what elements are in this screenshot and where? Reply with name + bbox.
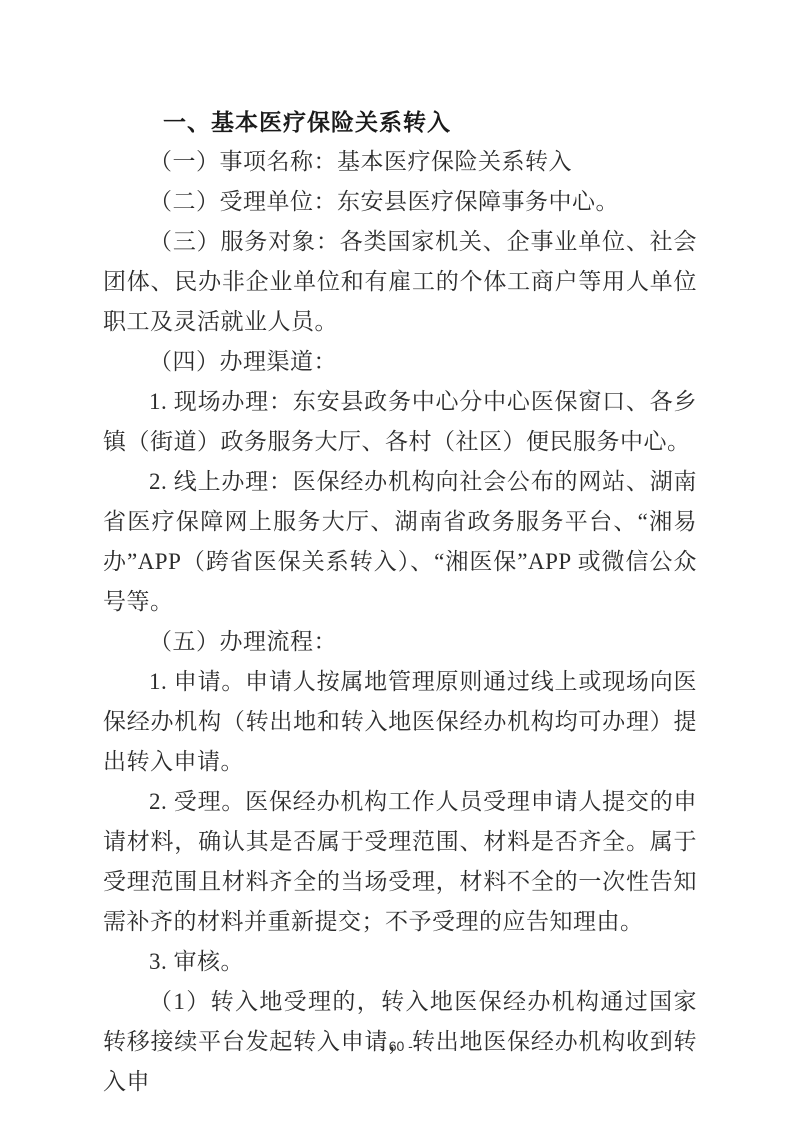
item-channels-label: （四）办理渠道： (103, 342, 697, 382)
item-matter-name: （一）事项名称：基本医疗保险关系转入 (103, 142, 697, 182)
process-accept: 2. 受理。医保经办机构工作人员受理申请人提交的申请材料，确认其是否属于受理范围… (103, 782, 697, 942)
channel-online: 2. 线上办理：医保经办机构向社会公布的网站、湖南省医疗保障网上服务大厅、湖南省… (103, 462, 697, 622)
item-process-label: （五）办理流程： (103, 622, 697, 662)
process-review: 3. 审核。 (103, 942, 697, 982)
page-number: - 60 - (0, 1036, 793, 1056)
item-accepting-unit: （二）受理单位：东安县医疗保障事务中心。 (103, 182, 697, 222)
document-body: 一、基本医疗保险关系转入 （一）事项名称：基本医疗保险关系转入 （二）受理单位：… (103, 102, 697, 1102)
section-title: 一、基本医疗保险关系转入 (103, 102, 697, 142)
document-page: 一、基本医疗保险关系转入 （一）事项名称：基本医疗保险关系转入 （二）受理单位：… (0, 0, 793, 1122)
channel-onsite: 1. 现场办理：东安县政务中心分中心医保窗口、各乡镇（街道）政务服务大厅、各村（… (103, 382, 697, 462)
item-service-target: （三）服务对象：各类国家机关、企事业单位、社会团体、民办非企业单位和有雇工的个体… (103, 222, 697, 342)
process-apply: 1. 申请。申请人按属地管理原则通过线上或现场向医保经办机构（转出地和转入地医保… (103, 662, 697, 782)
